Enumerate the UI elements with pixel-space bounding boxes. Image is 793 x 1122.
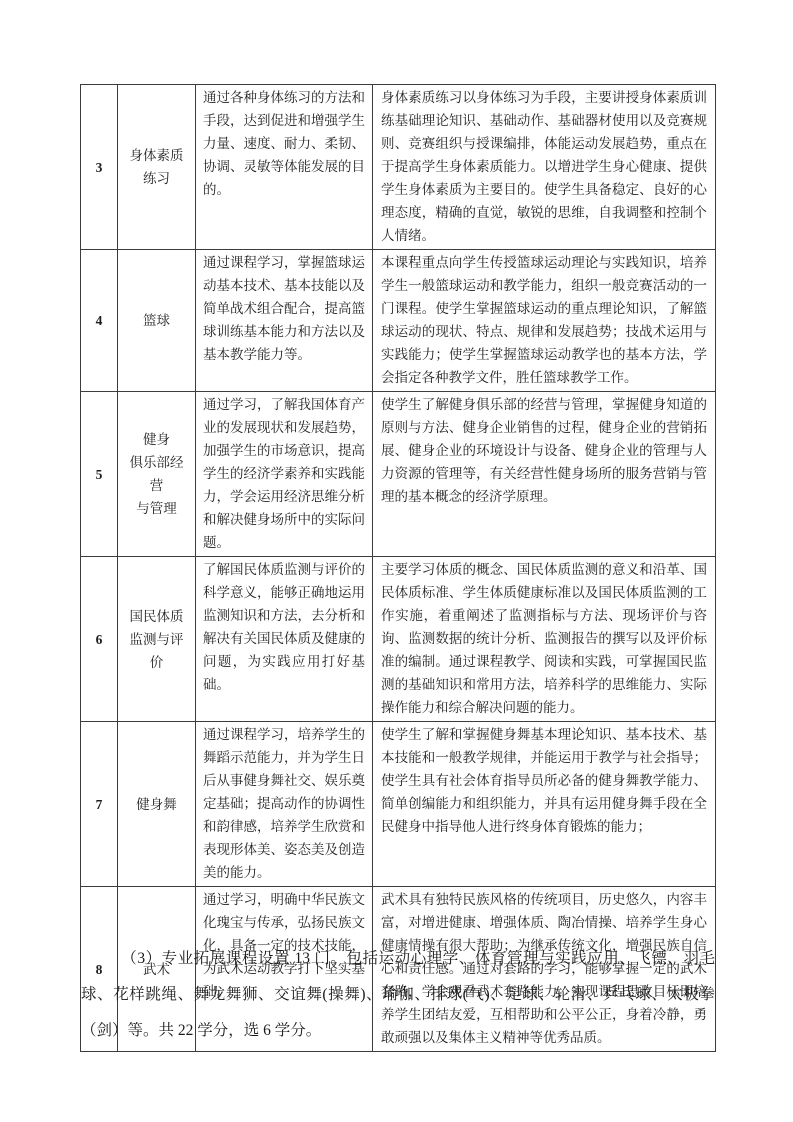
course-number: 7	[81, 722, 118, 887]
course-name: 健身 俱乐部经 营 与管理	[118, 392, 196, 557]
course-objective: 了解国民体质监测与评价的科学意义，能够正确地运用监测知识和方法，去分析和解决有关…	[196, 557, 373, 722]
course-objective: 通过课程学习，培养学生的舞蹈示范能力，并为学生日后从事健身舞社交、娱乐奠定基础；…	[196, 722, 373, 887]
table-row: 6 国民体质 监测与评 价 了解国民体质监测与评价的科学意义，能够正确地运用监测…	[81, 557, 716, 722]
table-row: 4 篮球 通过课程学习，掌握篮球运动基本技术、基本技能以及简单战术组合配合，提高…	[81, 250, 716, 392]
course-description: 使学生了解健身俱乐部的经营与管理，掌握健身知道的原则与方法、健身企业销售的过程，…	[373, 392, 716, 557]
table-row: 3 身体素质 练习 通过各种身体练习的方法和手段，达到促进和增强学生力量、速度、…	[81, 85, 716, 250]
expansion-courses-paragraph: （3）专业拓展课程设置 13 门。包括运动心理学、体育管理与实践应用、飞镖、羽毛…	[81, 941, 715, 1049]
course-table: 3 身体素质 练习 通过各种身体练习的方法和手段，达到促进和增强学生力量、速度、…	[80, 84, 716, 1052]
course-name: 国民体质 监测与评 价	[118, 557, 196, 722]
course-objective: 通过各种身体练习的方法和手段，达到促进和增强学生力量、速度、耐力、柔韧、协调、灵…	[196, 85, 373, 250]
table-row: 5 健身 俱乐部经 营 与管理 通过学习，了解我国体育产业的发展现状和发展趋势，…	[81, 392, 716, 557]
table-row: 7 健身舞 通过课程学习，培养学生的舞蹈示范能力，并为学生日后从事健身舞社交、娱…	[81, 722, 716, 887]
course-number: 5	[81, 392, 118, 557]
document-page: 3 身体素质 练习 通过各种身体练习的方法和手段，达到促进和增强学生力量、速度、…	[0, 0, 793, 1122]
course-description: 身体素质练习以身体练习为手段，主要讲授身体素质训练基础理论知识、基础动作、基础器…	[373, 85, 716, 250]
course-name: 身体素质 练习	[118, 85, 196, 250]
course-name: 健身舞	[118, 722, 196, 887]
course-number: 3	[81, 85, 118, 250]
course-objective: 通过学习，了解我国体育产业的发展现状和发展趋势，加强学生的市场意识，提高学生的经…	[196, 392, 373, 557]
course-description: 主要学习体质的概念、国民体质监测的意义和沿革、国民体质标准、学生体质健康标准以及…	[373, 557, 716, 722]
course-description: 使学生了解和掌握健身舞基本理论知识、基本技术、基本技能和一般教学规律，并能运用于…	[373, 722, 716, 887]
course-objective: 通过课程学习，掌握篮球运动基本技术、基本技能以及简单战术组合配合，提高篮球训练基…	[196, 250, 373, 392]
course-name: 篮球	[118, 250, 196, 392]
course-number: 6	[81, 557, 118, 722]
course-description: 本课程重点向学生传授篮球运动理论与实践知识，培养学生一般篮球运动和教学能力，组织…	[373, 250, 716, 392]
course-number: 4	[81, 250, 118, 392]
